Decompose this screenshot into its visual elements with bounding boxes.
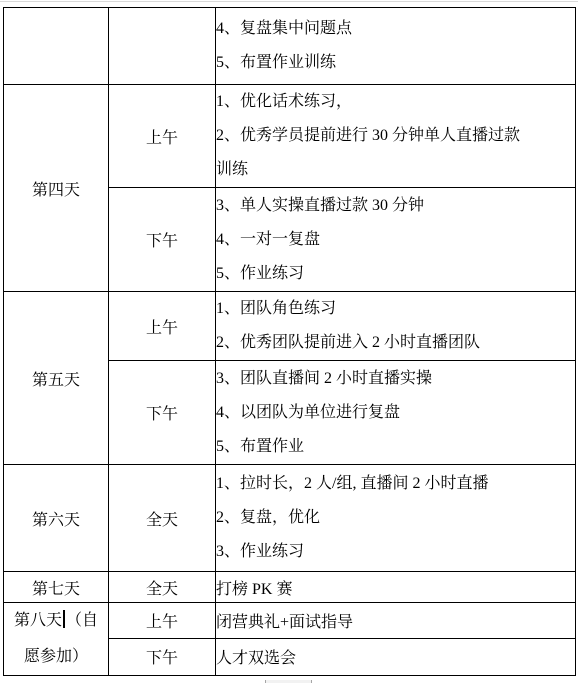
day-cell-day5[interactable]: 第五天 — [4, 292, 109, 465]
content-line: 人才双选会 — [216, 650, 296, 667]
schedule-table: 4、复盘集中问题点 5、布置作业训练 第四天 上午 1、优化话术练习， 2、优秀… — [3, 7, 576, 676]
day-label: 第六天 — [32, 512, 80, 529]
content-cell[interactable]: 3、团队直播间 2 小时直播实操 4、以团队为单位进行复盘 5、布置作业 — [216, 361, 576, 465]
content-cell[interactable]: 人才双选会 — [216, 638, 576, 675]
content-cell[interactable]: 1、优化话术练习， 2、优秀学员提前进行 30 分钟单人直播过款 训练 — [216, 85, 576, 188]
day-cell-day6[interactable]: 第六天 — [4, 465, 109, 572]
content-line: 训练 — [216, 153, 575, 187]
content-line: 1、优化话术练习， — [216, 85, 575, 119]
table-row: 4、复盘集中问题点 5、布置作业训练 — [4, 8, 576, 85]
time-label: 全天 — [146, 512, 178, 529]
day-label: 第五天 — [32, 372, 80, 389]
table-row: 第四天 上午 1、优化话术练习， 2、优秀学员提前进行 30 分钟单人直播过款 … — [4, 85, 576, 188]
content-line: 3、作业练习 — [216, 535, 575, 569]
time-cell[interactable]: 上午 — [109, 603, 216, 639]
time-cell[interactable]: 下午 — [109, 638, 216, 675]
day-label-line1: 第八天（自 — [4, 603, 108, 639]
time-cell[interactable]: 下午 — [109, 361, 216, 465]
time-label: 上午 — [146, 614, 178, 631]
time-label: 下午 — [146, 233, 178, 250]
content-cell[interactable]: 3、单人实操直播过款 30 分钟 4、一对一复盘 5、作业练习 — [216, 188, 576, 292]
content-line: 4、以团队为单位进行复盘 — [216, 396, 575, 430]
time-cell[interactable]: 上午 — [109, 85, 216, 188]
content-line: 5、作业练习 — [216, 257, 575, 291]
table-row: 第七天 全天 打榜 PK 赛 — [4, 572, 576, 603]
content-line: 打榜 PK 赛 — [216, 581, 292, 598]
content-cell[interactable]: 闭营典礼+面试指导 — [216, 603, 576, 639]
content-line: 5、布置作业 — [216, 430, 575, 464]
time-cell[interactable]: 上午 — [109, 292, 216, 361]
content-line: 2、复盘，优化 — [216, 501, 575, 535]
content-cell[interactable]: 4、复盘集中问题点 5、布置作业训练 — [216, 8, 576, 85]
time-cell[interactable]: 下午 — [109, 188, 216, 292]
day-cell[interactable] — [4, 8, 109, 85]
table-row: 第五天 上午 1、团队角色练习 2、优秀团队提前进入 2 小时直播团队 — [4, 292, 576, 361]
content-line: 1、团队角色练习 — [216, 292, 575, 326]
content-line: 1、拉时长，2 人/组, 直播间 2 小时直播 — [216, 467, 575, 501]
content-line: 4、一对一复盘 — [216, 223, 575, 257]
content-line: 5、布置作业训练 — [216, 46, 575, 80]
content-cell[interactable]: 1、拉时长，2 人/组, 直播间 2 小时直播 2、复盘，优化 3、作业练习 — [216, 465, 576, 572]
day-cell-day7[interactable]: 第七天 — [4, 572, 109, 603]
content-line: 2、优秀团队提前进入 2 小时直播团队 — [216, 326, 575, 360]
time-cell[interactable] — [109, 8, 216, 85]
content-line: 4、复盘集中问题点 — [216, 12, 575, 46]
day-label: 第七天 — [32, 581, 80, 598]
day-cell-day8[interactable]: 第八天（自 愿参加） — [4, 603, 109, 676]
page-top-divider — [0, 1, 578, 2]
time-label: 下午 — [146, 406, 178, 423]
content-line: 2、优秀学员提前进行 30 分钟单人直播过款 — [216, 119, 575, 153]
content-line: 3、团队直播间 2 小时直播实操 — [216, 362, 575, 396]
content-cell[interactable]: 1、团队角色练习 2、优秀团队提前进入 2 小时直播团队 — [216, 292, 576, 361]
day-label: 第四天 — [32, 182, 80, 199]
time-label: 上午 — [146, 320, 178, 337]
content-line: 闭营典礼+面试指导 — [216, 614, 353, 631]
time-label: 全天 — [146, 581, 178, 598]
time-label: 上午 — [146, 130, 178, 147]
day-cell-day4[interactable]: 第四天 — [4, 85, 109, 292]
content-line: 3、单人实操直播过款 30 分钟 — [216, 189, 575, 223]
table-row: 第六天 全天 1、拉时长，2 人/组, 直播间 2 小时直播 2、复盘，优化 3… — [4, 465, 576, 572]
text-cursor — [63, 610, 65, 628]
day-label-line2: 愿参加） — [4, 639, 108, 675]
table-row: 第八天（自 愿参加） 上午 闭营典礼+面试指导 — [4, 603, 576, 639]
content-cell[interactable]: 打榜 PK 赛 — [216, 572, 576, 603]
time-label: 下午 — [146, 650, 178, 667]
time-cell[interactable]: 全天 — [109, 572, 216, 603]
time-cell[interactable]: 全天 — [109, 465, 216, 572]
